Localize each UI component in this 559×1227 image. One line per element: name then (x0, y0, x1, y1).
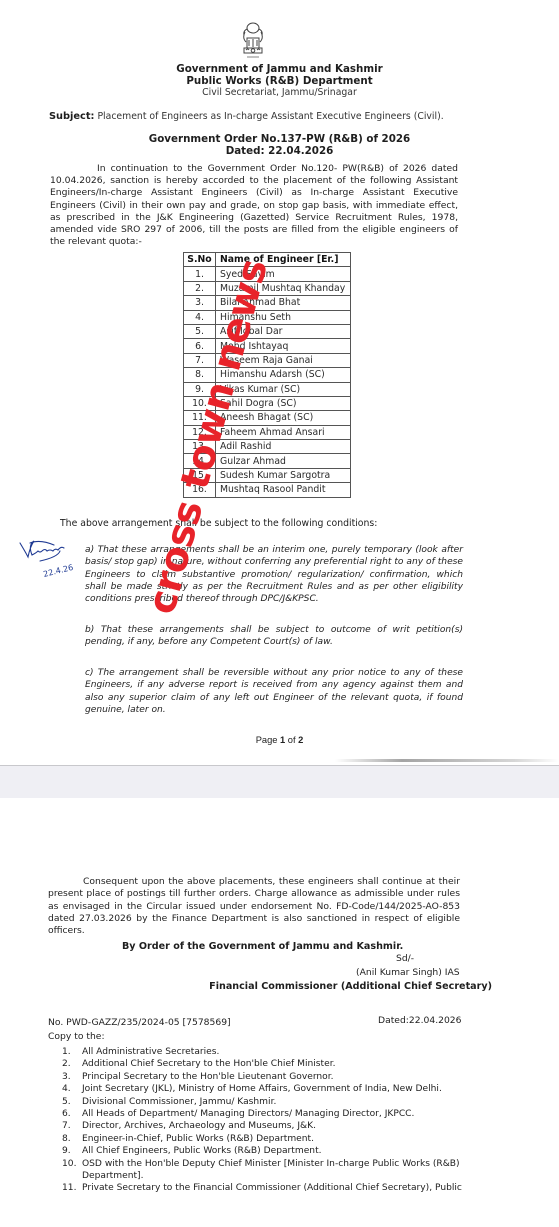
copy-to-text: All Heads of Department/ Managing Direct… (82, 1109, 414, 1119)
copy-to-number: 5. (62, 1096, 71, 1108)
copy-to-list: 1.All Administrative Secretaries.2.Addit… (60, 1046, 500, 1195)
copy-to-item: 6.All Heads of Department/ Managing Dire… (60, 1108, 500, 1120)
copy-to-item: 11.Private Secretary to the Financial Co… (60, 1182, 500, 1194)
sd-mark: Sd/- (396, 953, 414, 965)
signatory-title: Financial Commissioner (Additional Chief… (200, 981, 492, 993)
engineer-name: Sudesh Kumar Sargotra (216, 468, 351, 482)
engineer-name: Faheem Ahmad Ansari (216, 425, 351, 439)
copy-to-text: Principal Secretary to the Hon'ble Lieut… (82, 1072, 334, 1082)
total-pages: 2 (298, 735, 303, 745)
copy-to-number: 8. (62, 1133, 71, 1145)
copy-to-label: Copy to the: (48, 1031, 105, 1043)
government-name: Government of Jammu and Kashmir (0, 63, 559, 75)
engineer-sno: 4. (184, 310, 216, 324)
subject-line: Subject: Placement of Engineers as In-ch… (49, 111, 444, 122)
engineer-name: Mushtaq Rasool Pandit (216, 483, 351, 497)
department-address: Civil Secretariat, Jammu/Srinagar (0, 87, 559, 99)
conditions-intro: The above arrangement shall be subject t… (60, 518, 377, 529)
subject-label: Subject: (49, 111, 94, 122)
copy-to-number: 4. (62, 1083, 71, 1095)
state-emblem-icon (237, 20, 269, 62)
table-row: 5.Asif Iqbal Dar (184, 324, 351, 338)
copy-to-number: 1. (62, 1046, 71, 1058)
engineer-name: Gulzar Ahmad (216, 454, 351, 468)
reference-date: Dated:22.04.2026 (378, 1015, 462, 1027)
svg-text:22.4.26: 22.4.26 (42, 563, 74, 579)
engineer-sno: 3. (184, 296, 216, 310)
department-name: Public Works (R&B) Department (0, 75, 559, 87)
copy-to-text: Engineer-in-Chief, Public Works (R&B) De… (82, 1134, 314, 1144)
copy-to-item: 5.Divisional Commissioner, Jammu/ Kashmi… (60, 1096, 500, 1108)
engineer-sno: 1. (184, 267, 216, 281)
copy-to-text: All Chief Engineers, Public Works (R&B) … (82, 1146, 322, 1156)
subject-text: Placement of Engineers as In-charge Assi… (97, 111, 443, 122)
page-edge-shadow (335, 759, 559, 762)
copy-to-item: 2.Additional Chief Secretary to the Hon'… (60, 1058, 500, 1070)
copy-to-text: Divisional Commissioner, Jammu/ Kashmir. (82, 1097, 276, 1107)
copy-to-item: 7.Director, Archives, Archaeology and Mu… (60, 1120, 500, 1132)
copy-to-item: 4.Joint Secretary (JKL), Ministry of Hom… (60, 1083, 500, 1095)
copy-to-text: All Administrative Secretaries. (82, 1047, 219, 1057)
reference-number: No. PWD-GAZZ/235/2024-05 [7578569] (48, 1017, 231, 1029)
copy-to-text: Additional Chief Secretary to the Hon'bl… (82, 1059, 335, 1069)
order-date: Dated: 22.04.2026 (0, 145, 559, 157)
copy-to-item: 3.Principal Secretary to the Hon'ble Lie… (60, 1071, 500, 1083)
copy-to-item: 9.All Chief Engineers, Public Works (R&B… (60, 1145, 500, 1157)
copy-to-number: 9. (62, 1145, 71, 1157)
condition-b: b) That these arrangements shall be subj… (85, 624, 463, 649)
engineer-sno: 2. (184, 281, 216, 295)
copy-to-item: 8.Engineer-in-Chief, Public Works (R&B) … (60, 1133, 500, 1145)
copy-to-text: OSD with the Hon'ble Deputy Chief Minist… (82, 1159, 460, 1181)
copy-to-number: 11. (62, 1182, 76, 1194)
engineer-name: Adil Rashid (216, 440, 351, 454)
condition-c: c) The arrangement shall be reversible w… (85, 667, 463, 716)
copy-to-number: 3. (62, 1071, 71, 1083)
copy-to-item: 1.All Administrative Secretaries. (60, 1046, 500, 1058)
copy-to-number: 10. (62, 1158, 76, 1170)
copy-to-number: 6. (62, 1108, 71, 1120)
copy-to-text: Private Secretary to the Financial Commi… (82, 1183, 462, 1193)
copy-to-number: 7. (62, 1120, 71, 1132)
copy-to-text: Director, Archives, Archaeology and Muse… (82, 1121, 316, 1131)
by-order-line: By Order of the Government of Jammu and … (122, 941, 403, 953)
copy-to-item: 10.OSD with the Hon'ble Deputy Chief Min… (60, 1158, 500, 1183)
copy-to-text: Joint Secretary (JKL), Ministry of Home … (82, 1084, 442, 1094)
document-page-1: Government of Jammu and Kashmir Public W… (0, 0, 559, 765)
placement-paragraph: Consequent upon the above placements, th… (48, 876, 460, 937)
signatory-name: (Anil Kumar Singh) IAS (356, 967, 460, 979)
column-header-sno: S.No (184, 253, 216, 267)
handwritten-signature: 22.4.26 (16, 537, 96, 582)
page-indicator: Page 1 of 2 (0, 735, 559, 745)
page-separator (0, 765, 559, 799)
copy-to-number: 2. (62, 1058, 71, 1070)
order-title: Government Order No.137-PW (R&B) of 2026 (0, 133, 559, 145)
table-row: 4.Himanshu Seth (184, 310, 351, 324)
intro-paragraph: In continuation to the Government Order … (50, 163, 458, 248)
